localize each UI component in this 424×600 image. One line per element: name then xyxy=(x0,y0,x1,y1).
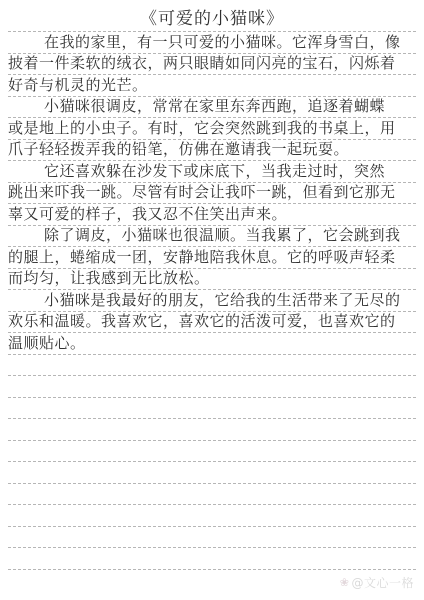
handwritten-text-line: 披着一件柔软的绒衣，两只眼睛如同闪亮的宝石，闪烁着 xyxy=(8,54,416,76)
title-row: 《可爱的小猫咪》 xyxy=(8,0,416,32)
handwritten-text-line: 小猫咪很调皮，常常在家里东奔西跑，追逐着蝴蝶 xyxy=(8,97,416,119)
empty-ruled-line xyxy=(8,355,416,377)
empty-ruled-line xyxy=(8,527,416,549)
handwritten-text-line: 好奇与机灵的光芒。 xyxy=(8,75,416,97)
empty-ruled-line xyxy=(8,376,416,398)
handwritten-text-line: 温顺贴心。 xyxy=(8,333,416,355)
handwritten-text-line: 辜又可爱的样子，我又忍不住笑出声来。 xyxy=(8,204,416,226)
essay-title: 《可爱的小猫咪》 xyxy=(140,4,284,29)
watermark-logo-icon: ❀ xyxy=(340,576,350,589)
handwritten-text-line: 而均匀，让我感到无比放松。 xyxy=(8,269,416,291)
handwritten-text-line: 在我的家里，有一只可爱的小猫咪。它浑身雪白，像 xyxy=(8,32,416,54)
ruled-sheet: 《可爱的小猫咪》 在我的家里，有一只可爱的小猫咪。它浑身雪白，像披着一件柔软的绒… xyxy=(8,0,416,570)
empty-ruled-line xyxy=(8,441,416,463)
handwritten-text-line: 跳出来吓我一跳。尽管有时会让我吓一跳，但看到它那无 xyxy=(8,183,416,205)
notebook-page: 《可爱的小猫咪》 在我的家里，有一只可爱的小猫咪。它浑身雪白，像披着一件柔软的绒… xyxy=(0,0,424,600)
watermark: ❀ @文心一格 xyxy=(340,574,414,591)
handwritten-text-line: 或是地上的小虫子。有时，它会突然跳到我的书桌上，用 xyxy=(8,118,416,140)
empty-ruled-line xyxy=(8,419,416,441)
empty-ruled-line xyxy=(8,398,416,420)
handwritten-text-line: 欢乐和温暖。我喜欢它，喜欢它的活泼可爱，也喜欢它的 xyxy=(8,312,416,334)
essay-body: 在我的家里，有一只可爱的小猫咪。它浑身雪白，像披着一件柔软的绒衣，两只眼睛如同闪… xyxy=(8,32,416,570)
empty-ruled-line xyxy=(8,548,416,570)
handwritten-text-line: 它还喜欢躲在沙发下或床底下，当我走过时，突然 xyxy=(8,161,416,183)
handwritten-text-line: 的腿上，蜷缩成一团，安静地陪我休息。它的呼吸声轻柔 xyxy=(8,247,416,269)
handwritten-text-line: 小猫咪是我最好的朋友，它给我的生活带来了无尽的 xyxy=(8,290,416,312)
empty-ruled-line xyxy=(8,505,416,527)
watermark-text: @文心一格 xyxy=(351,574,414,591)
handwritten-text-line: 除了调皮，小猫咪也很温顺。当我累了，它会跳到我 xyxy=(8,226,416,248)
empty-ruled-line xyxy=(8,462,416,484)
handwritten-text-line: 爪子轻轻拨弄我的铅笔，仿佛在邀请我一起玩耍。 xyxy=(8,140,416,162)
empty-ruled-line xyxy=(8,484,416,506)
